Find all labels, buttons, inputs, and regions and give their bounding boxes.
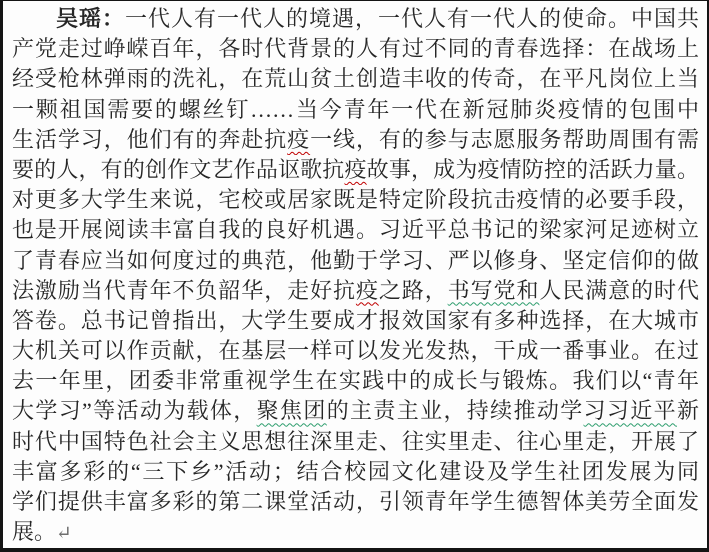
text-line: 吴瑶：一代人有一代人的境遇，一代人有一代人的使命。中国共 <box>12 4 699 34</box>
text-line: 学们提供丰富多彩的第二课堂活动，引领青年学生德智体美劳全面发 <box>12 487 699 517</box>
text-line: 一颗祖国需要的螺丝钉……当今青年一代在新冠肺炎疫情的包围中 <box>12 95 699 125</box>
grammar-wavy-underline: 书写党和 <box>448 278 540 303</box>
text-line: 大机关可以作贡献，在基层一样可以发光发热，干成一番事业。在过 <box>12 336 699 366</box>
text-segment: 要的人，有的创作文艺作品讴歌抗 <box>12 157 344 182</box>
text-segment: 生活学习，他们有的奔赴抗 <box>12 127 287 152</box>
text-segment: 时代中国特色社会主义思想往深里走、往实里走、往心里走，开展了 <box>12 429 699 454</box>
text-line: 丰富多彩的“三下乡”活动；结合校园文化建设及学生社团发展为同 <box>12 457 699 487</box>
text-line: 要的人，有的创作文艺作品讴歌抗疫故事，成为疫情防控的活跃力量。 <box>12 155 699 185</box>
text-line: 法激励当代青年不负韶华，走好抗疫之路，书写党和人民满意的时代 <box>12 276 699 306</box>
grammar-wavy-underline: 习习近平 <box>584 398 677 423</box>
text-line: 生活学习，他们有的奔赴抗疫一线，有的参与志愿服务帮助周围有需 <box>12 125 699 155</box>
text-segment: 丰富多彩的“三下乡”活动；结合校园文化建设及学生社团发展为同 <box>12 459 699 484</box>
text-segment: 一代人有一代人的境遇，一代人有一代人的使命。中国共 <box>125 6 699 31</box>
text-segment: 答卷。总书记曾指出，大学生要成才报效国家有多种选择，在大城市 <box>12 308 699 333</box>
text-segment: 的主责主业，持续推动学 <box>327 398 584 423</box>
text-line: 也是开展阅读丰富自我的良好机遇。习近平总书记的梁家河足迹树立 <box>12 215 699 245</box>
text-segment: 也是开展阅读丰富自我的良好机遇。习近平总书记的梁家河足迹树立 <box>12 217 699 242</box>
document-frame: 吴瑶：一代人有一代人的境遇，一代人有一代人的使命。中国共产党走过峥嵘百年，各时代… <box>0 0 709 552</box>
text-segment: 经受枪林弹雨的洗礼，在荒山贫土创造丰收的传奇，在平凡岗位上当 <box>12 66 699 91</box>
text-segment: 法激励当代青年不负韶华，走好抗 <box>12 278 356 303</box>
text-segment: 学们提供丰富多彩的第二课堂活动，引领青年学生德智体美劳全面发 <box>12 489 699 514</box>
text-line: 了青春应当如何度过的典范，他勤于学习、严以修身、坚定信仰的做 <box>12 246 699 276</box>
text-segment: 展。 <box>12 519 56 544</box>
text-segment: 大机关可以作贡献，在基层一样可以发光发热，干成一番事业。在过 <box>12 338 699 363</box>
text-segment: 大学习”等活动为载体， <box>12 398 257 423</box>
text-segment: 故事，成为疫情防控的活跃力量。 <box>367 157 699 182</box>
text-line: 去一年里，团委非常重视学生在实践中的成长与锻炼。我们以“青年 <box>12 366 699 396</box>
text-line: 产党走过峥嵘百年，各时代背景的人有过不同的青春选择：在战场上 <box>12 34 699 64</box>
text-line: 时代中国特色社会主义思想往深里走、往实里走、往心里走，开展了 <box>12 427 699 457</box>
spellcheck-wavy-underline: 疫 <box>287 127 310 152</box>
text-line: 经受枪林弹雨的洗礼，在荒山贫土创造丰收的传奇，在平凡岗位上当 <box>12 64 699 94</box>
text-line: 大学习”等活动为载体，聚焦团的主责主业，持续推动学习习近平新 <box>12 396 699 426</box>
text-segment: 去一年里，团委非常重视学生在实践中的成长与锻炼。我们以“青年 <box>12 368 699 393</box>
text-segment: 对更多大学生来说，宅校或居家既是特定阶段抗击疫情的必要手段， <box>12 187 699 212</box>
text-segment: 产党走过峥嵘百年，各时代背景的人有过不同的青春选择：在战场上 <box>12 36 699 61</box>
grammar-wavy-underline: 聚焦团 <box>257 398 327 423</box>
text-segment: 一线，有的参与志愿服务帮助周围有需 <box>310 127 699 152</box>
text-segment: 了青春应当如何度过的典范，他勤于学习、严以修身、坚定信仰的做 <box>12 248 699 273</box>
text-line: 答卷。总书记曾指出，大学生要成才报效国家有多种选择，在大城市 <box>12 306 699 336</box>
document-text-area[interactable]: 吴瑶：一代人有一代人的境遇，一代人有一代人的使命。中国共产党走过峥嵘百年，各时代… <box>3 1 707 548</box>
text-segment: 之路， <box>379 278 448 303</box>
spellcheck-wavy-underline: 疫 <box>344 157 366 182</box>
text-line: 对更多大学生来说，宅校或居家既是特定阶段抗击疫情的必要手段， <box>12 185 699 215</box>
speaker-name: 吴瑶： <box>56 6 125 31</box>
text-segment: 一颗祖国需要的螺丝钉……当今青年一代在新冠肺炎疫情的包围中 <box>12 97 699 122</box>
spellcheck-wavy-underline: 疫 <box>356 278 379 303</box>
text-line: 展。↵ <box>12 517 699 547</box>
text-segment: 人民满意的时代 <box>539 278 699 303</box>
paragraph-mark-icon: ↵ <box>56 523 72 544</box>
text-segment: 新 <box>677 398 699 423</box>
